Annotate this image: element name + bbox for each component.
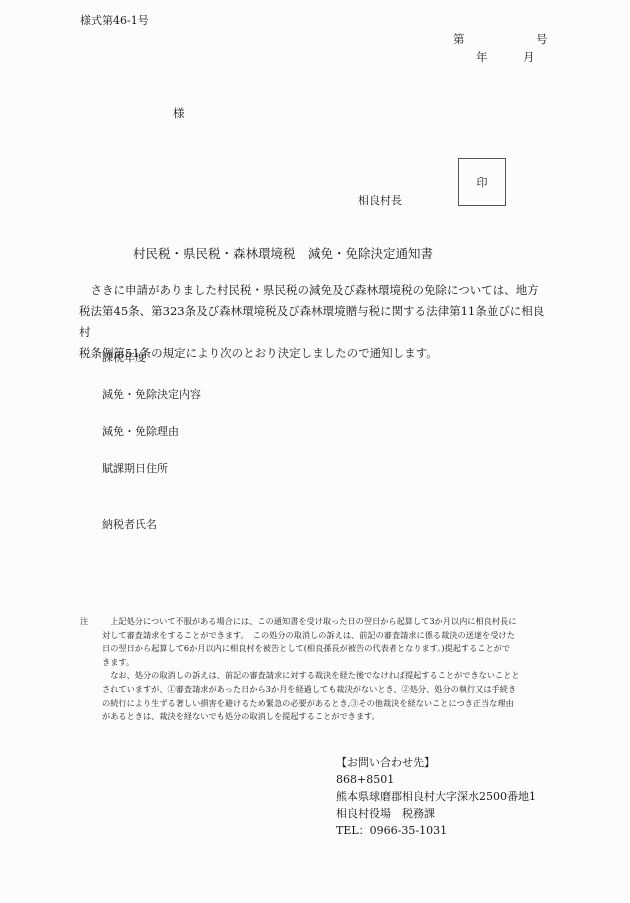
field-tax-year: 課税年度 — [102, 349, 146, 365]
note-line: 日の翌日から起算して6か月以内に相良村を被告として(相良孫長が被告の代表者となり… — [102, 642, 550, 656]
note-line: 対して審査請求をすることができます。 この処分の取消しの訴えは、前記の審査請求に… — [102, 629, 550, 643]
note-line: なお、処分の取消しの訴えは、前記の審査請求に対する裁決を経た後でなければ提起する… — [102, 669, 550, 683]
body-paragraph: さきに申請がありました村民税・県民税の減免及び森林環境税の免除については、地方 … — [79, 280, 554, 364]
contact-address: 熊本県球磨郡相良村大字深水2500番地1 — [336, 788, 536, 805]
contact-postal: 868+8501 — [336, 771, 536, 788]
document-title: 村民税・県民税・森林環境税 減免・免除決定通知書 — [133, 244, 433, 262]
doc-number-prefix: 第 — [453, 31, 465, 47]
seal-box: 印 — [458, 158, 506, 206]
note-line: 上記処分について不服がある場合には、この通知書を受け取った日の翌日から起算して3… — [102, 615, 516, 629]
issuer: 相良村長 — [358, 192, 402, 208]
addressee-suffix: 様 — [173, 105, 185, 121]
note-line: されていますが、①審査請求があった日から3か月を経過しても裁決がないとき、②処分… — [102, 683, 550, 697]
note-section: 注 上記処分について不服がある場合には、この通知書を受け取った日の翌日から起算し… — [80, 615, 550, 724]
note-line: きます。 — [102, 656, 550, 670]
seal-label: 印 — [477, 174, 488, 190]
doc-number-suffix: 号 — [536, 31, 548, 47]
date-year: 年 — [476, 49, 488, 65]
body-line: 税法第45条、第323条及び森林環境税及び森林環境贈与税に関する法律第11条並び… — [79, 301, 554, 343]
contact-tel: TEL：0966-35-1031 — [336, 822, 536, 839]
note-line: があるときは、裁決を経ないでも処分の取消しを提起することができます。 — [102, 710, 550, 724]
contact-office: 相良村役場 税務課 — [336, 805, 536, 822]
date-month: 月 — [523, 49, 535, 65]
note-line: の続行により生ずる著しい損害を避けるため緊急の必要があるとき,③その他裁決を経な… — [102, 697, 550, 711]
form-number: 様式第46-1号 — [80, 12, 149, 28]
body-line: さきに申請がありました村民税・県民税の減免及び森林環境税の免除については、地方 — [79, 280, 554, 301]
field-taxpayer-name: 納税者氏名 — [102, 516, 157, 532]
contact-heading: 【お問い合わせ先】 — [336, 754, 536, 771]
contact-block: 【お問い合わせ先】 868+8501 熊本県球磨郡相良村大字深水2500番地1 … — [336, 754, 536, 839]
field-address: 賦課期日住所 — [102, 460, 168, 476]
note-mark: 注 — [80, 615, 102, 629]
field-decision-content: 減免・免除決定内容 — [102, 386, 201, 402]
body-line: 税条例第51条の規定により次のとおり決定しましたので通知します。 — [79, 343, 554, 364]
field-reason: 減免・免除理由 — [102, 423, 179, 439]
